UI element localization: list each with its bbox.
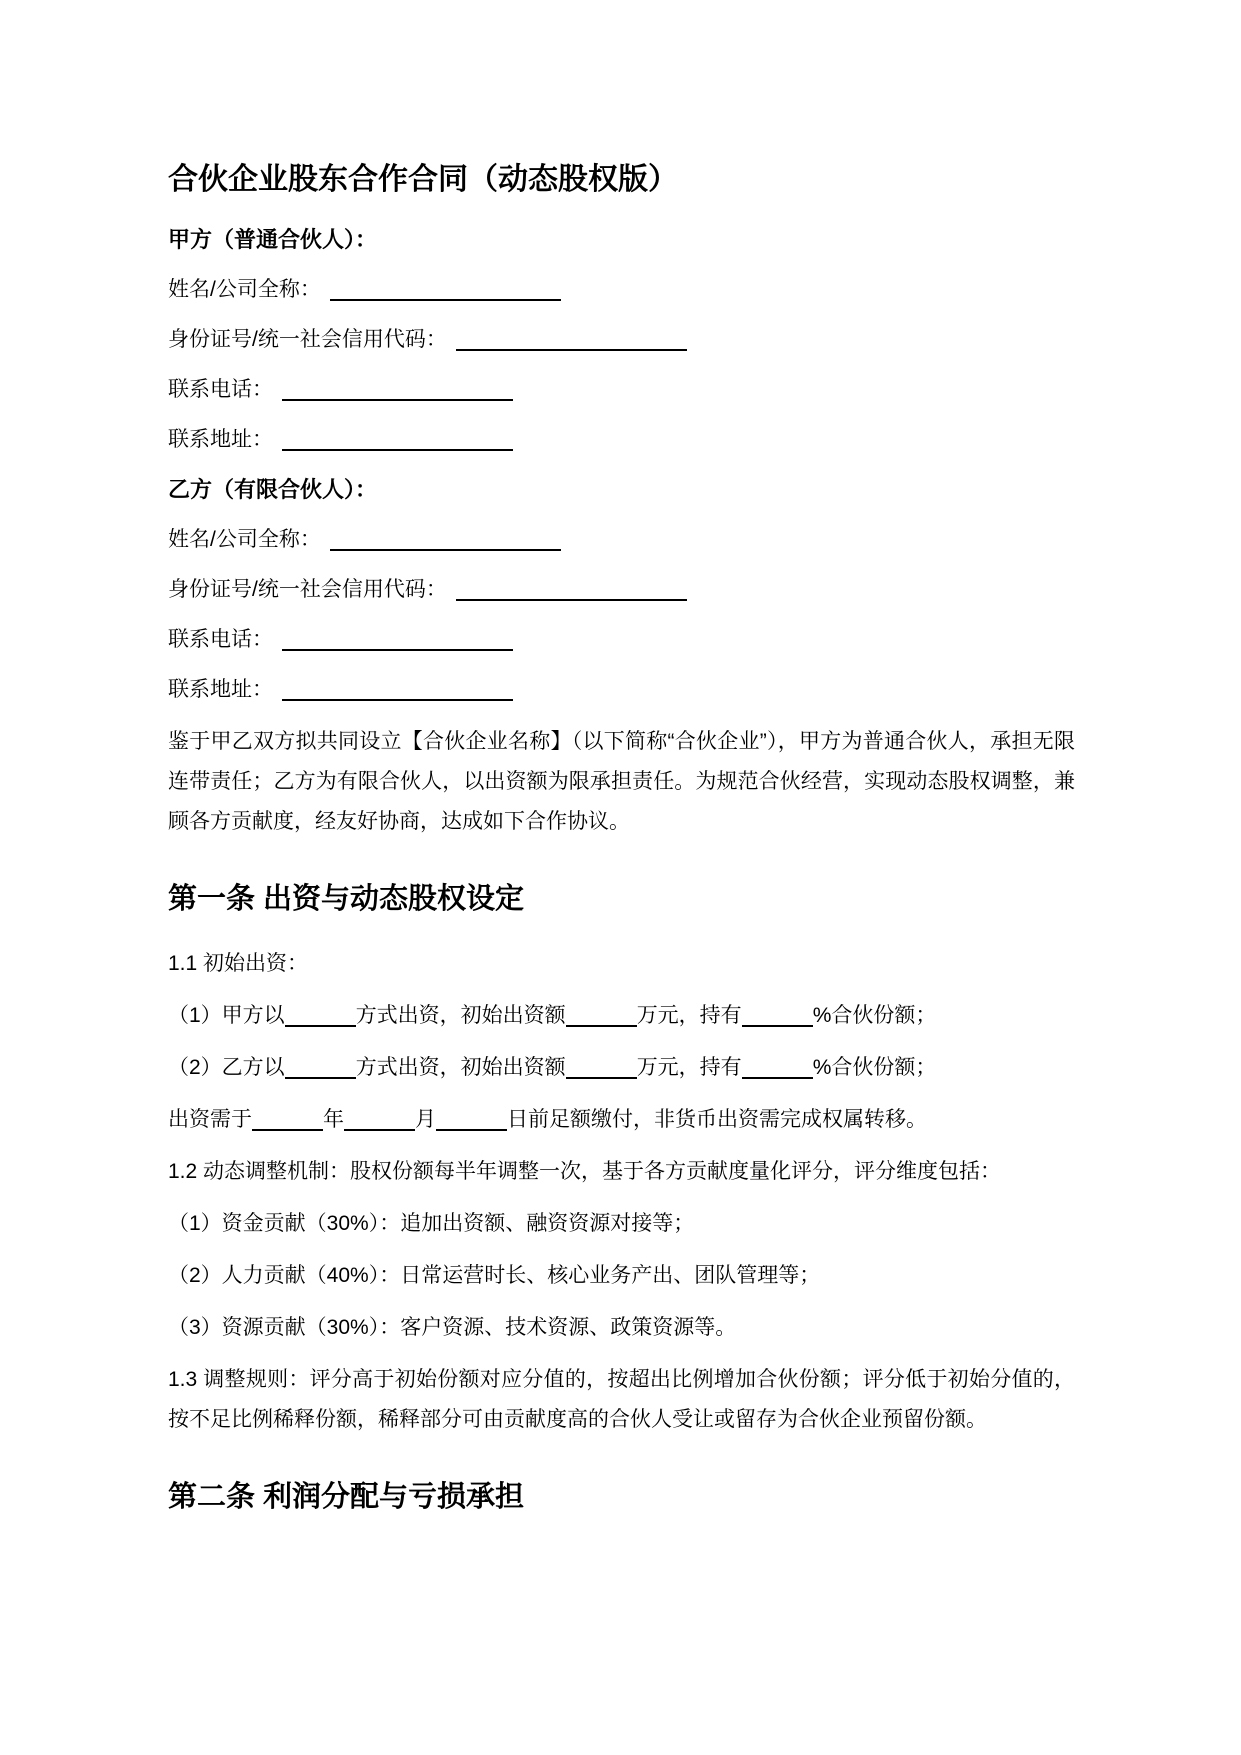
party-b-name-field: 姓名/公司全称：: [168, 522, 1075, 558]
text-segment: 方式出资，初始出资额: [356, 1056, 566, 1079]
field-label: 姓名/公司全称：: [168, 528, 321, 551]
contract-page: 合伙企业股东合作合同（动态股权版） 甲方（普通合伙人）： 姓名/公司全称： 身份…: [0, 0, 1241, 1755]
section-2-heading: 第二条 利润分配与亏损承担: [168, 1476, 1075, 1518]
field-label: 联系地址：: [168, 428, 273, 451]
blank-line: [566, 1022, 637, 1027]
field-label: 联系电话：: [168, 378, 273, 401]
blank-line: [456, 346, 687, 351]
blank-line: [566, 1074, 637, 1079]
party-b-heading: 乙方（有限合伙人）：: [168, 472, 1075, 508]
section-1-heading: 第一条 出资与动态股权设定: [168, 878, 1075, 920]
text-segment: （2）乙方以: [168, 1056, 285, 1079]
text-segment: 日前足额缴付，非货币出资需完成权属转移。: [507, 1108, 927, 1131]
clause-1-1-party-a-line: （1）甲方以方式出资，初始出资额万元，持有%合伙份额；: [168, 996, 1075, 1036]
party-a-phone-field: 联系电话：: [168, 372, 1075, 408]
blank-line: [330, 296, 561, 301]
field-label: 身份证号/统一社会信用代码：: [168, 328, 447, 351]
party-b-id-field: 身份证号/统一社会信用代码：: [168, 572, 1075, 608]
blank-line: [285, 1022, 356, 1027]
text-segment: 年: [323, 1108, 344, 1131]
clause-1-3-paragraph: 1.3 调整规则：评分高于初始份额对应分值的，按超出比例增加合伙份额；评分低于初…: [168, 1360, 1075, 1440]
party-a-address-field: 联系地址：: [168, 422, 1075, 458]
text-segment: 月: [415, 1108, 436, 1131]
clause-1-1-party-b-line: （2）乙方以方式出资，初始出资额万元，持有%合伙份额；: [168, 1048, 1075, 1088]
field-label: 姓名/公司全称：: [168, 278, 321, 301]
party-b-address-field: 联系地址：: [168, 672, 1075, 708]
field-label: 联系地址：: [168, 678, 273, 701]
blank-line: [282, 446, 513, 451]
doc-title: 合伙企业股东合作合同（动态股权版）: [168, 158, 1075, 202]
text-segment: 万元，持有: [637, 1004, 742, 1027]
clause-1-2-bullet-resource: （3）资源贡献（30%）：客户资源、技术资源、政策资源等。: [168, 1308, 1075, 1348]
blank-line: [285, 1074, 356, 1079]
clause-1-1-label: 1.1 初始出资：: [168, 944, 1075, 984]
blank-line: [330, 546, 561, 551]
party-a-name-field: 姓名/公司全称：: [168, 272, 1075, 308]
party-a-id-field: 身份证号/统一社会信用代码：: [168, 322, 1075, 358]
clause-1-2-bullet-capital: （1）资金贡献（30%）：追加出资额、融资资源对接等；: [168, 1204, 1075, 1244]
preamble-paragraph: 鉴于甲乙双方拟共同设立【合伙企业名称】（以下简称“合伙企业”），甲方为普通合伙人…: [168, 722, 1075, 842]
blank-line: [282, 696, 513, 701]
blank-line: [282, 646, 513, 651]
field-label: 身份证号/统一社会信用代码：: [168, 578, 447, 601]
text-segment: （1）甲方以: [168, 1004, 285, 1027]
blank-line: [252, 1126, 323, 1131]
clause-1-2-bullet-labor: （2）人力贡献（40%）：日常运营时长、核心业务产出、团队管理等；: [168, 1256, 1075, 1296]
text-segment: 万元，持有: [637, 1056, 742, 1079]
blank-line: [436, 1126, 507, 1131]
field-label: 联系电话：: [168, 628, 273, 651]
blank-line: [742, 1074, 813, 1079]
text-segment: %合伙份额；: [813, 1056, 937, 1079]
blank-line: [344, 1126, 415, 1131]
party-b-phone-field: 联系电话：: [168, 622, 1075, 658]
clause-1-2-paragraph: 1.2 动态调整机制：股权份额每半年调整一次，基于各方贡献度量化评分，评分维度包…: [168, 1152, 1075, 1192]
clause-1-1-deadline-line: 出资需于年月日前足额缴付，非货币出资需完成权属转移。: [168, 1100, 1075, 1140]
text-segment: %合伙份额；: [813, 1004, 937, 1027]
blank-line: [742, 1022, 813, 1027]
text-segment: 出资需于: [168, 1108, 252, 1131]
blank-line: [456, 596, 687, 601]
text-segment: 方式出资，初始出资额: [356, 1004, 566, 1027]
party-a-heading: 甲方（普通合伙人）：: [168, 222, 1075, 258]
blank-line: [282, 396, 513, 401]
